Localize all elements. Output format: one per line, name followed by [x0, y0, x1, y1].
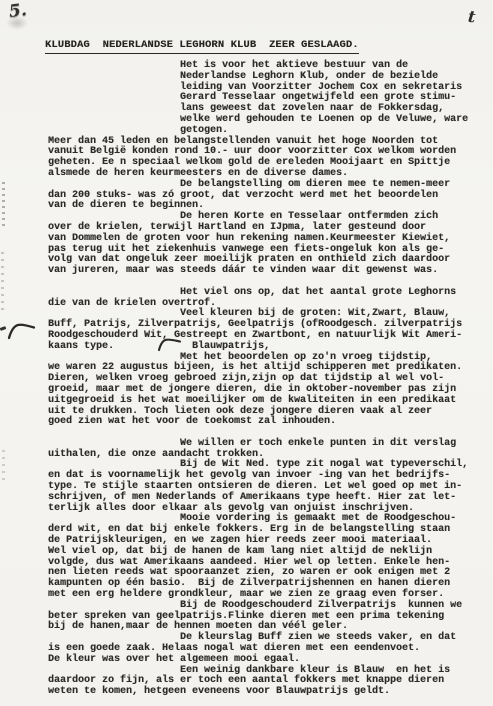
scan-artifact-dashes [2, 182, 5, 228]
scan-artifact-dashes [2, 450, 5, 484]
scan-artifact-dashes [1, 252, 4, 310]
scanned-typewritten-page: 5. t KLUBDAG NEDERLANDSE LEGHORN KLUB ZE… [0, 0, 493, 706]
typewritten-body: Het is voor het aktieve bestuur van de N… [48, 61, 468, 698]
handwritten-mark-topleft: 5. [8, 0, 28, 22]
scan-artifact-tick [0, 326, 6, 331]
insertion-caret-inline-icon [157, 337, 183, 357]
insertion-caret-margin-icon [7, 322, 37, 345]
document-title: KLUBDAG NEDERLANDSE LEGHORN KLUB ZEER GE… [45, 39, 359, 54]
handwritten-page-number: t [467, 7, 476, 27]
